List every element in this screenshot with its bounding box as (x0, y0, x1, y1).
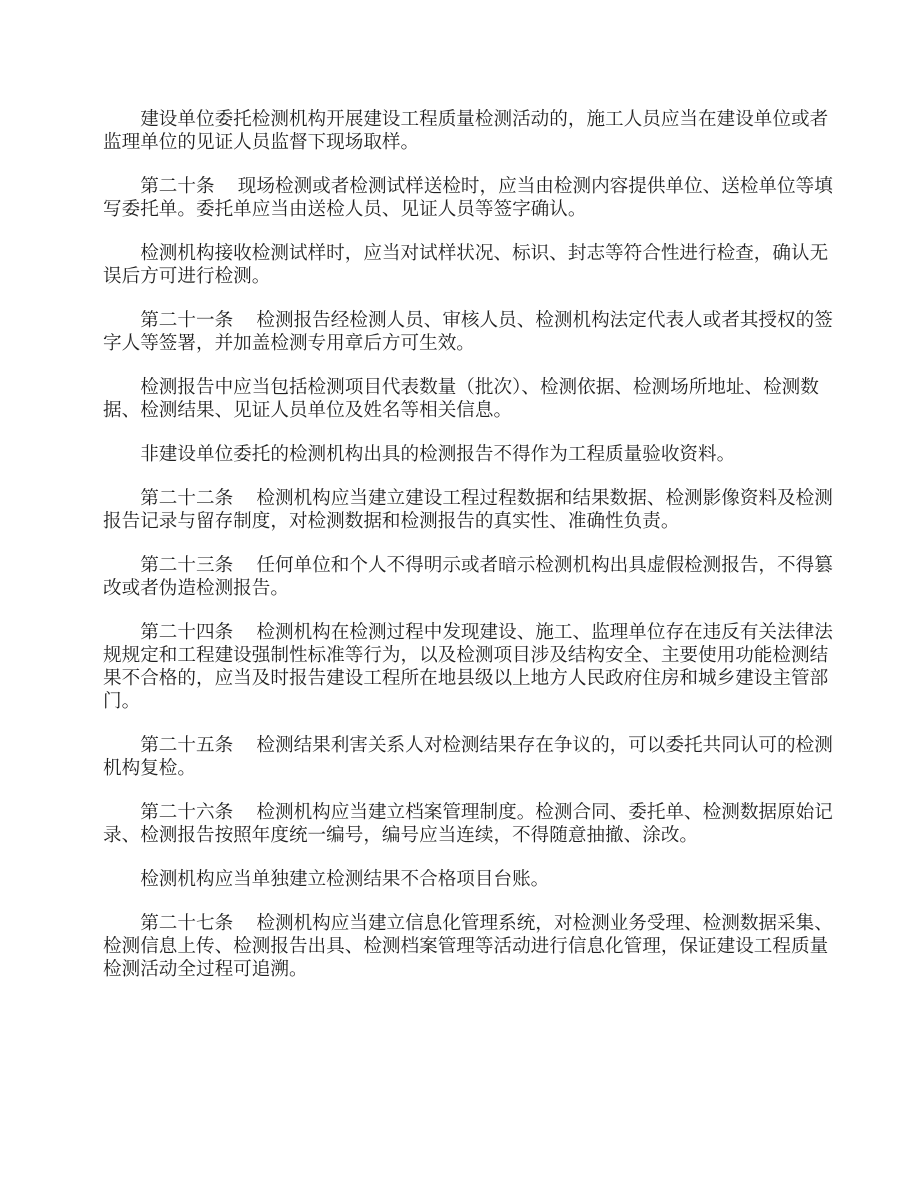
text-line: 第二十七条 检测机构应当建立信息化管理系统，对检测业务受理、检测数据采集、 (103, 912, 848, 935)
text-line: 第二十五条 检测结果利害关系人对检测结果存在争议的，可以委托共同认可的检测 (103, 734, 848, 757)
paragraph-article-24: 第二十四条 检测机构在检测过程中发现建设、施工、监理单位存在违反有关法律法 规规… (103, 621, 848, 713)
paragraph: 检测机构接收检测试样时，应当对试样状况、标识、封志等符合性进行检查，确认无 误后… (103, 242, 848, 288)
document-page: 建设单位委托检测机构开展建设工程质量检测活动的，施工人员应当在建设单位或者 监理… (0, 0, 920, 1191)
paragraph-article-26: 第二十六条 检测机构应当建立档案管理制度。检测合同、委托单、检测数据原始记 录、… (103, 801, 848, 847)
text-line: 第二十四条 检测机构在检测过程中发现建设、施工、监理单位存在违反有关法律法 (103, 621, 848, 644)
text-line: 写委托单。委托单应当由送检人员、见证人员等签字确认。 (103, 198, 848, 221)
paragraph: 检测机构应当单独建立检测结果不合格项目台账。 (103, 868, 848, 891)
text-line: 检测信息上传、检测报告出具、检测档案管理等活动进行信息化管理，保证建设工程质量 (103, 935, 848, 958)
paragraph-article-21: 第二十一条 检测报告经检测人员、审核人员、检测机构法定代表人或者其授权的签 字人… (103, 309, 848, 355)
text-line: 检测活动全过程可追溯。 (103, 958, 848, 981)
paragraph-article-23: 第二十三条 任何单位和个人不得明示或者暗示检测机构出具虚假检测报告，不得篡 改或… (103, 554, 848, 600)
text-line: 字人等签署，并加盖检测专用章后方可生效。 (103, 332, 848, 355)
text-line: 检测报告中应当包括检测项目代表数量（批次）、检测依据、检测场所地址、检测数 (103, 376, 848, 399)
text-line: 第二十条 现场检测或者检测试样送检时，应当由检测内容提供单位、送检单位等填 (103, 175, 848, 198)
text-line: 改或者伪造检测报告。 (103, 577, 848, 600)
paragraph: 建设单位委托检测机构开展建设工程质量检测活动的，施工人员应当在建设单位或者 监理… (103, 108, 848, 154)
paragraph-article-20: 第二十条 现场检测或者检测试样送检时，应当由检测内容提供单位、送检单位等填 写委… (103, 175, 848, 221)
text-line: 规规定和工程建设强制性标准等行为，以及检测项目涉及结构安全、主要使用功能检测结 (103, 644, 848, 667)
text-line: 第二十一条 检测报告经检测人员、审核人员、检测机构法定代表人或者其授权的签 (103, 309, 848, 332)
text-line: 第二十三条 任何单位和个人不得明示或者暗示检测机构出具虚假检测报告，不得篡 (103, 554, 848, 577)
text-line: 果不合格的，应当及时报告建设工程所在地县级以上地方人民政府住房和城乡建设主管部 (103, 667, 848, 690)
text-line: 报告记录与留存制度，对检测数据和检测报告的真实性、准确性负责。 (103, 510, 848, 533)
paragraph: 检测报告中应当包括检测项目代表数量（批次）、检测依据、检测场所地址、检测数 据、… (103, 376, 848, 422)
text-line: 第二十二条 检测机构应当建立建设工程过程数据和结果数据、检测影像资料及检测 (103, 487, 848, 510)
text-line: 门。 (103, 690, 848, 713)
text-line: 建设单位委托检测机构开展建设工程质量检测活动的，施工人员应当在建设单位或者 (103, 108, 848, 131)
text-line: 检测机构接收检测试样时，应当对试样状况、标识、封志等符合性进行检查，确认无 (103, 242, 848, 265)
text-line: 非建设单位委托的检测机构出具的检测报告不得作为工程质量验收资料。 (103, 443, 848, 466)
paragraph-article-22: 第二十二条 检测机构应当建立建设工程过程数据和结果数据、检测影像资料及检测 报告… (103, 487, 848, 533)
text-line: 检测机构应当单独建立检测结果不合格项目台账。 (103, 868, 848, 891)
paragraph-article-25: 第二十五条 检测结果利害关系人对检测结果存在争议的，可以委托共同认可的检测 机构… (103, 734, 848, 780)
text-line: 监理单位的见证人员监督下现场取样。 (103, 131, 848, 154)
text-line: 误后方可进行检测。 (103, 265, 848, 288)
text-line: 第二十六条 检测机构应当建立档案管理制度。检测合同、委托单、检测数据原始记 (103, 801, 848, 824)
text-line: 据、检测结果、见证人员单位及姓名等相关信息。 (103, 399, 848, 422)
paragraph-article-27: 第二十七条 检测机构应当建立信息化管理系统，对检测业务受理、检测数据采集、 检测… (103, 912, 848, 981)
document-body-text: 建设单位委托检测机构开展建设工程质量检测活动的，施工人员应当在建设单位或者 监理… (103, 108, 848, 1002)
paragraph: 非建设单位委托的检测机构出具的检测报告不得作为工程质量验收资料。 (103, 443, 848, 466)
text-line: 录、检测报告按照年度统一编号，编号应当连续，不得随意抽撤、涂改。 (103, 824, 848, 847)
text-line: 机构复检。 (103, 757, 848, 780)
